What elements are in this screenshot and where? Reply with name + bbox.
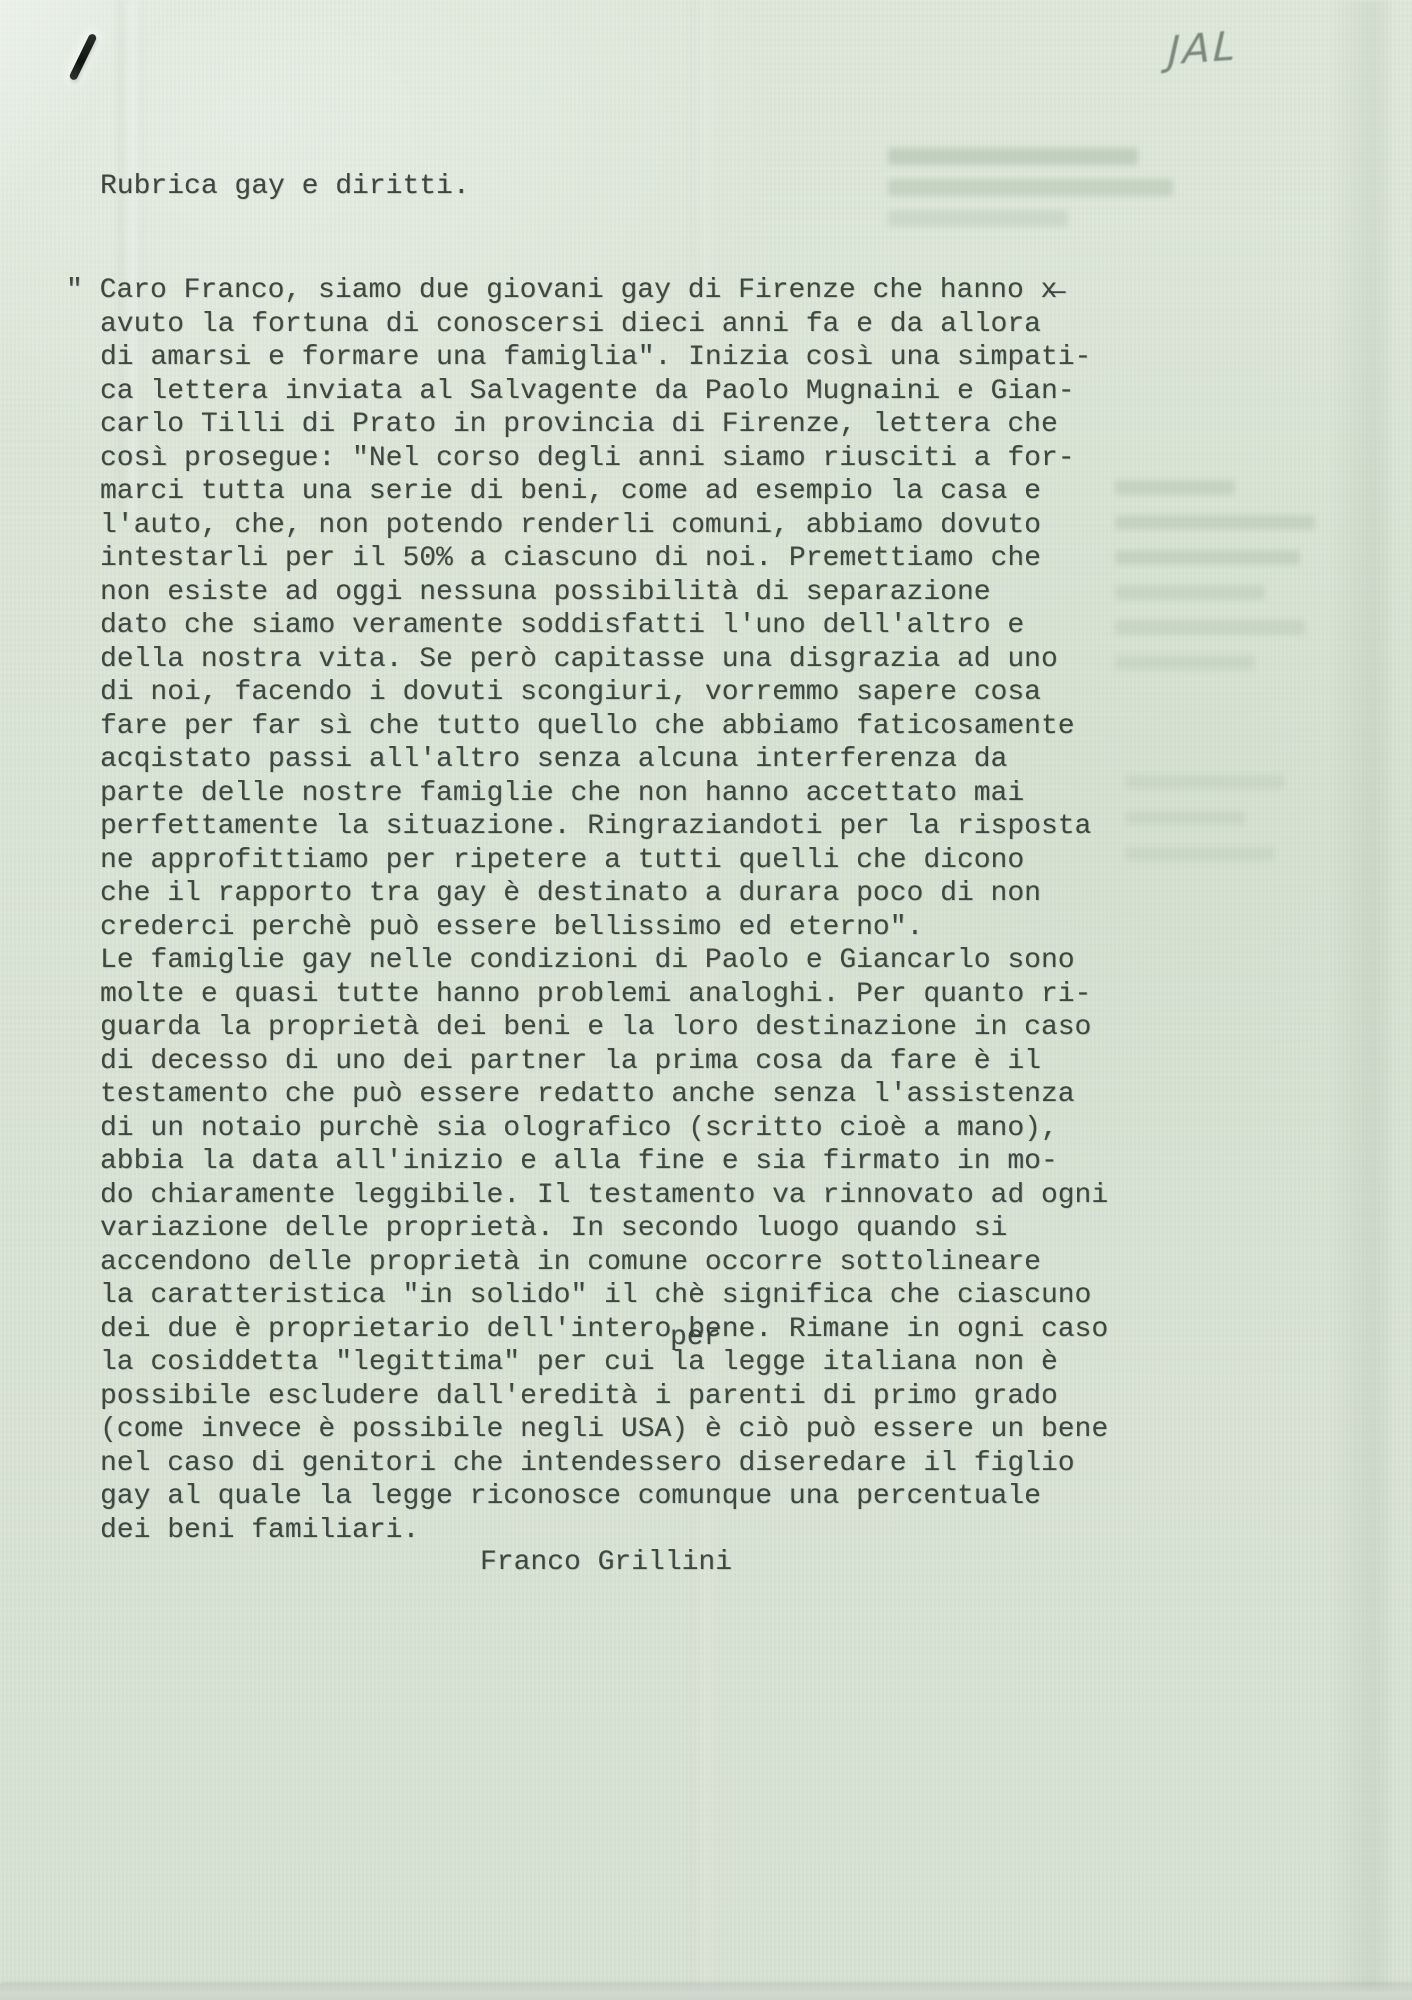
body-line: la cosiddetta "legittima" per cui la leg…: [100, 1346, 1200, 1380]
body-line: carlo Tilli di Prato in provincia di Fir…: [100, 408, 1200, 442]
body-line: l'auto, che, non potendo renderli comuni…: [100, 509, 1200, 543]
body-line: non esiste ad oggi nessuna possibilità d…: [100, 576, 1200, 610]
body-line: variazione delle proprietà. In secondo l…: [100, 1212, 1200, 1246]
document-title: Rubrica gay e diritti.: [100, 170, 470, 204]
body-line: dato che siamo veramente soddisfatti l'u…: [100, 609, 1200, 643]
body-line: di noi, facendo i dovuti scongiuri, vorr…: [100, 676, 1200, 710]
body-line: della nostra vita. Se però capitasse una…: [100, 643, 1200, 677]
body-line: così prosegue: "Nel corso degli anni sia…: [100, 442, 1200, 476]
body-line: perfettamente la situazione. Ringraziand…: [100, 810, 1200, 844]
body-line: ca lettera inviata al Salvagente da Paol…: [100, 375, 1200, 409]
body-line: " Caro Franco, siamo due giovani gay di …: [66, 274, 1200, 308]
body-line: accendono delle proprietà in comune occo…: [100, 1246, 1200, 1280]
body-line: la caratteristica "in solido" il chè sig…: [100, 1279, 1200, 1313]
body-line: crederci perchè può essere bellissimo ed…: [100, 911, 1200, 945]
bleedthrough-text-smudge-top: [888, 148, 1178, 241]
body-line: abbia la data all'inizio e alla fine e s…: [100, 1145, 1200, 1179]
typed-insertion-above-line: per: [670, 1324, 720, 1352]
body-line: di amarsi e formare una famiglia". Inizi…: [100, 341, 1200, 375]
handwritten-initials: JAL: [1167, 23, 1239, 74]
body-line: avuto la fortuna di conoscersi dieci ann…: [100, 308, 1200, 342]
signature: Franco Grillini: [480, 1546, 732, 1580]
body-line: dei beni familiari.: [100, 1514, 1200, 1548]
body-line: che il rapporto tra gay è destinato a du…: [100, 877, 1200, 911]
body-line: acqistato passi all'altro senza alcuna i…: [100, 743, 1200, 777]
body-line: do chiaramente leggibile. Il testamento …: [100, 1179, 1200, 1213]
body-line: gay al quale la legge riconosce comunque…: [100, 1480, 1200, 1514]
body-line: di un notaio purchè sia olografico (scri…: [100, 1112, 1200, 1146]
body-line: intestarli per il 50% a ciascuno di noi.…: [100, 542, 1200, 576]
paper-shading-right-edge: [1330, 0, 1390, 2000]
body-line: (come invece è possibile negli USA) è ci…: [100, 1413, 1200, 1447]
body-lines: per " Caro Franco, siamo due giovani gay…: [100, 274, 1200, 1547]
body-line: guarda la proprietà dei beni e la loro d…: [100, 1011, 1200, 1045]
scan-bottom-edge: [0, 1984, 1412, 2000]
body-line: possibile escludere dall'eredità i paren…: [100, 1380, 1200, 1414]
body-line: di decesso di uno dei partner la prima c…: [100, 1045, 1200, 1079]
scanned-letter-page: JAL Rubrica gay e diritti. per " Caro Fr…: [0, 0, 1412, 2000]
staple-mark: [68, 33, 97, 81]
paper-crease-topleft: [0, 0, 335, 258]
body-line: nel caso di genitori che intendessero di…: [100, 1447, 1200, 1481]
body-line: Le famiglie gay nelle condizioni di Paol…: [100, 944, 1200, 978]
body-line: dei due è proprietario dell'intero bene.…: [100, 1313, 1200, 1347]
body-line: parte delle nostre famiglie che non hann…: [100, 777, 1200, 811]
body-line: molte e quasi tutte hanno problemi analo…: [100, 978, 1200, 1012]
body-line: marci tutta una serie di beni, come ad e…: [100, 475, 1200, 509]
body-line: fare per far sì che tutto quello che abb…: [100, 710, 1200, 744]
body-line: ne approfittiamo per ripetere a tutti qu…: [100, 844, 1200, 878]
body-line: testamento che può essere redatto anche …: [100, 1078, 1200, 1112]
